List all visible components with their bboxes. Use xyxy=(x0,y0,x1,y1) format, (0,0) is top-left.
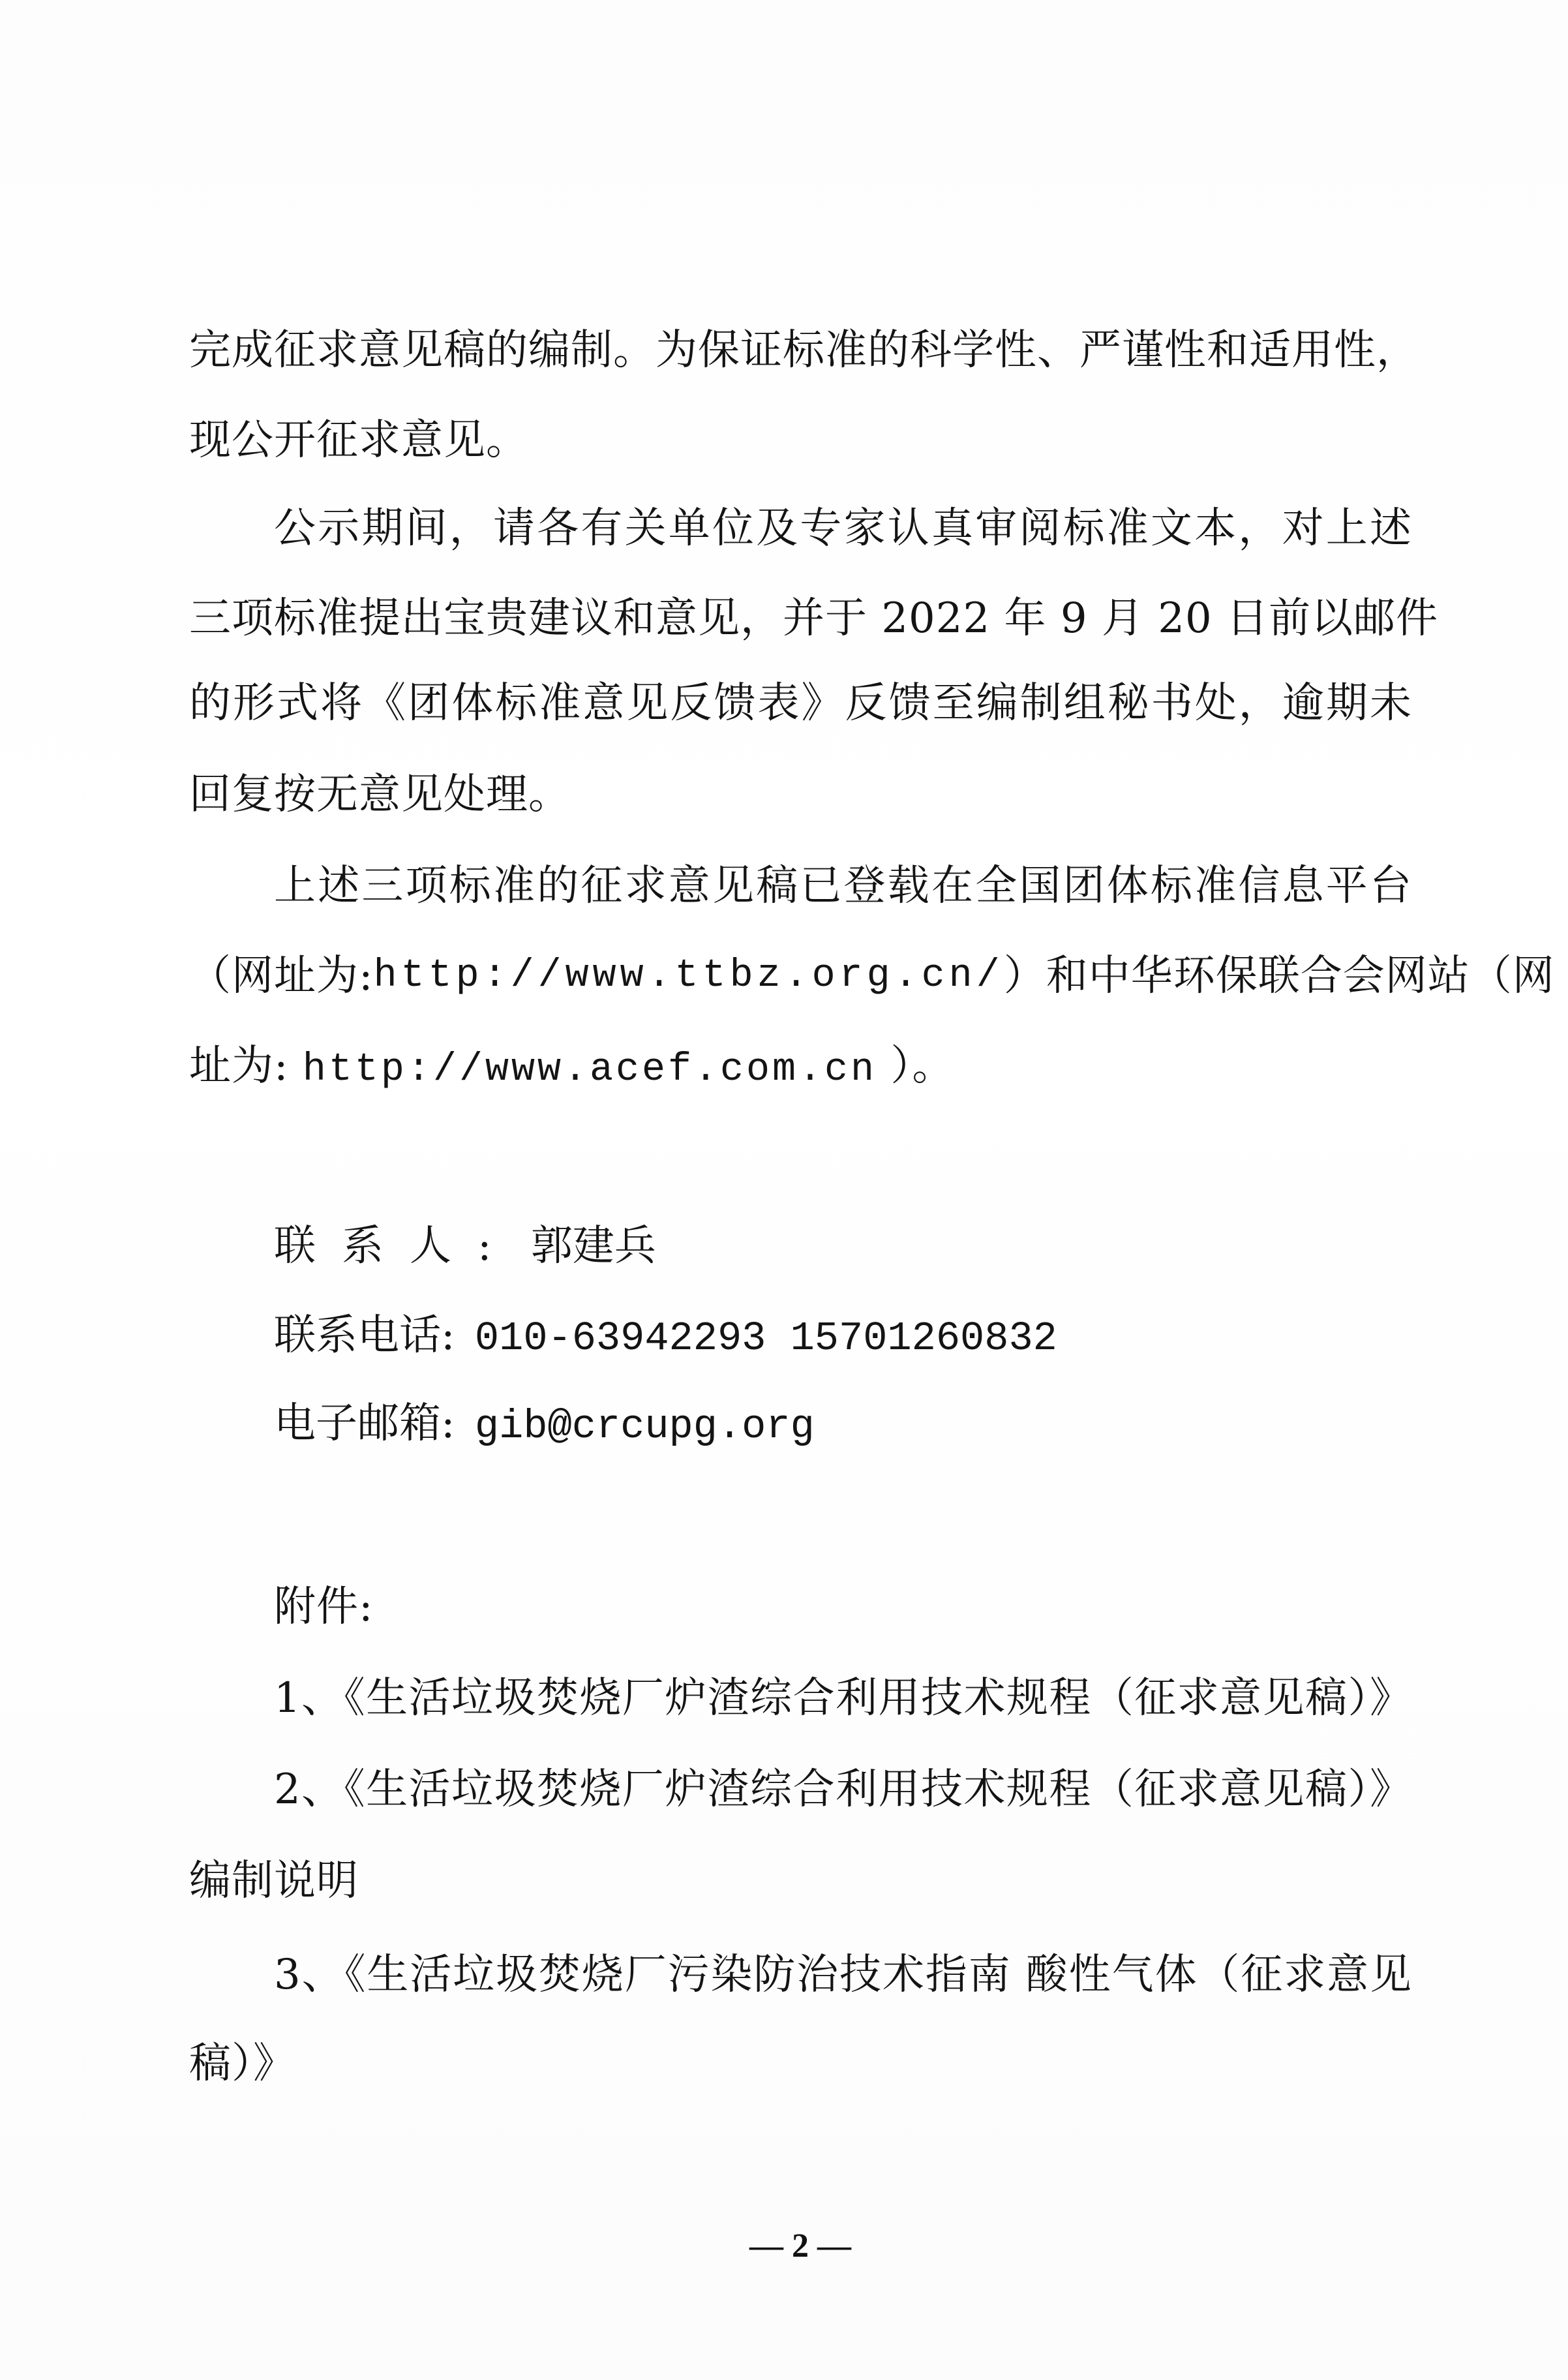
page-number: — 2 — xyxy=(719,2225,882,2268)
paragraph-3-line-1: 上述三项标准的征求意见稿已登载在全国团体标准信息平台 xyxy=(274,860,1412,912)
document-page: 完成征求意见稿的编制。为保证标准的科学性、严谨性和适用性， 现公开征求意见。 公… xyxy=(0,0,1568,2380)
contact-email-link[interactable]: gib@crcupg.org xyxy=(475,1403,815,1450)
paragraph-1-line-1: 完成征求意见稿的编制。为保证标准的科学性、严谨性和适用性， xyxy=(189,324,1412,376)
url-label-prefix: （网址为: xyxy=(189,950,374,1002)
attachment-item-3-continuation: 稿）》 xyxy=(189,2037,1412,2090)
contact-person-value: 郭建兵 xyxy=(531,1222,656,1270)
attachment-item-2-continuation: 编制说明 xyxy=(189,1855,1412,1907)
paragraph-3-line-2: （网址为: http://www.ttbz.org.cn/ ）和中华环保联合会网… xyxy=(189,950,1412,1002)
url-label-suffix-2: ）。 xyxy=(890,1042,954,1090)
attachments-heading: 附件: xyxy=(274,1581,1412,1633)
acef-url-link[interactable]: http://www.acef.com.cn xyxy=(303,1048,877,1092)
paragraph-2-line-4: 回复按无意见处理。 xyxy=(189,769,1412,821)
paragraph-2-line-2: 三项标准提出宝贵建议和意见，并于 2022 年 9 月 20 日前以邮件 xyxy=(189,592,1412,645)
ttbz-url-link[interactable]: http://www.ttbz.org.cn/ xyxy=(374,950,1004,1002)
paragraph-2-line-3: 的形式将《团体标准意见反馈表》反馈至编制组秘书处，逾期未 xyxy=(189,677,1412,729)
url-label-prefix-2: 址为: xyxy=(189,1042,303,1090)
contact-email-label: 电子邮箱: xyxy=(274,1397,455,1450)
contact-phone-row: 联系电话: 010-63942293 15701260832 xyxy=(274,1309,1057,1362)
contact-person-row: 联系人: 郭建兵 xyxy=(274,1220,656,1272)
contact-email-row: 电子邮箱: gib@crcupg.org xyxy=(274,1397,815,1450)
contact-phone-label: 联系电话: xyxy=(274,1309,455,1362)
paragraph-1-line-2: 现公开征求意见。 xyxy=(189,414,1412,466)
paragraph-3-line-3: 址为: http://www.acef.com.cn ）。 xyxy=(189,1040,1412,1092)
url-label-suffix: ）和中华环保联合会网站（网 xyxy=(1004,950,1555,1002)
contact-person-label: 联系人: xyxy=(274,1220,518,1272)
attachment-item-3: 3、《生活垃圾焚烧厂污染防治技术指南 酸性气体（征求意见 xyxy=(274,1949,1412,2001)
attachment-item-2: 2、《生活垃圾焚烧厂炉渣综合利用技术规程（征求意见稿）》 xyxy=(274,1763,1412,1816)
paragraph-2-line-1: 公示期间，请各有关单位及专家认真审阅标准文本，对上述 xyxy=(274,502,1412,555)
contact-phone-value: 010-63942293 15701260832 xyxy=(475,1315,1057,1362)
attachment-item-1: 1、《生活垃圾焚烧厂炉渣综合利用技术规程（征求意见稿）》 xyxy=(274,1672,1412,1724)
